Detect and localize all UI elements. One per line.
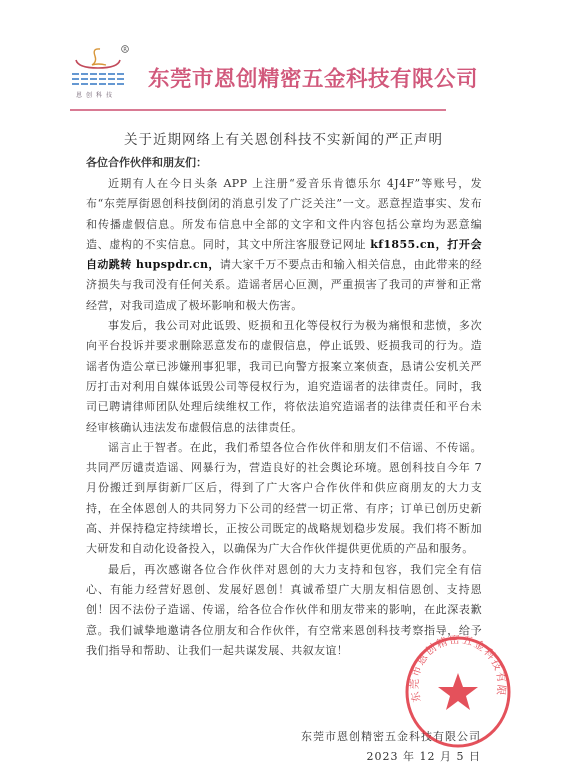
svg-text:R: R xyxy=(123,47,127,53)
paragraph-3: 谣言止于智者。在此，我们希望各位合作伙伴和朋友们不信谣、不传谣。共同严厉谴责造谣… xyxy=(86,438,482,560)
company-name-header: 东莞市恩创精密五金科技有限公司 xyxy=(148,62,478,93)
letter-page: R 恩创科技 东莞市恩创精密五金科技有限公司 关于近期网络上有关恩创科技不实新闻… xyxy=(0,0,567,777)
statement-body: 近期有人在今日头条 APP 上注册“爱音乐肯德乐尔 4J4F”等账号，发布“东莞… xyxy=(86,174,482,661)
salutation: 各位合作伙伴和朋友们： xyxy=(86,154,207,170)
paragraph-2: 事发后，我公司对此诋毁、贬损和丑化等侵权行为极为痛恨和悲愤，多次向平台投诉并要求… xyxy=(86,316,482,438)
company-seal-icon: 东莞市恩创精密五金科技有限公司 xyxy=(403,635,513,750)
signature-date: 2023 年 12 月 5 日 xyxy=(301,747,481,767)
header-divider xyxy=(70,109,446,111)
paragraph-1: 近期有人在今日头条 APP 上注册“爱音乐肯德乐尔 4J4F”等账号，发布“东莞… xyxy=(86,174,482,316)
document-title: 关于近期网络上有关恩创科技不实新闻的严正声明 xyxy=(0,128,567,148)
logo-label: 恩创科技 xyxy=(76,90,116,99)
letterhead: R 恩创科技 东莞市恩创精密五金科技有限公司 xyxy=(70,44,450,108)
